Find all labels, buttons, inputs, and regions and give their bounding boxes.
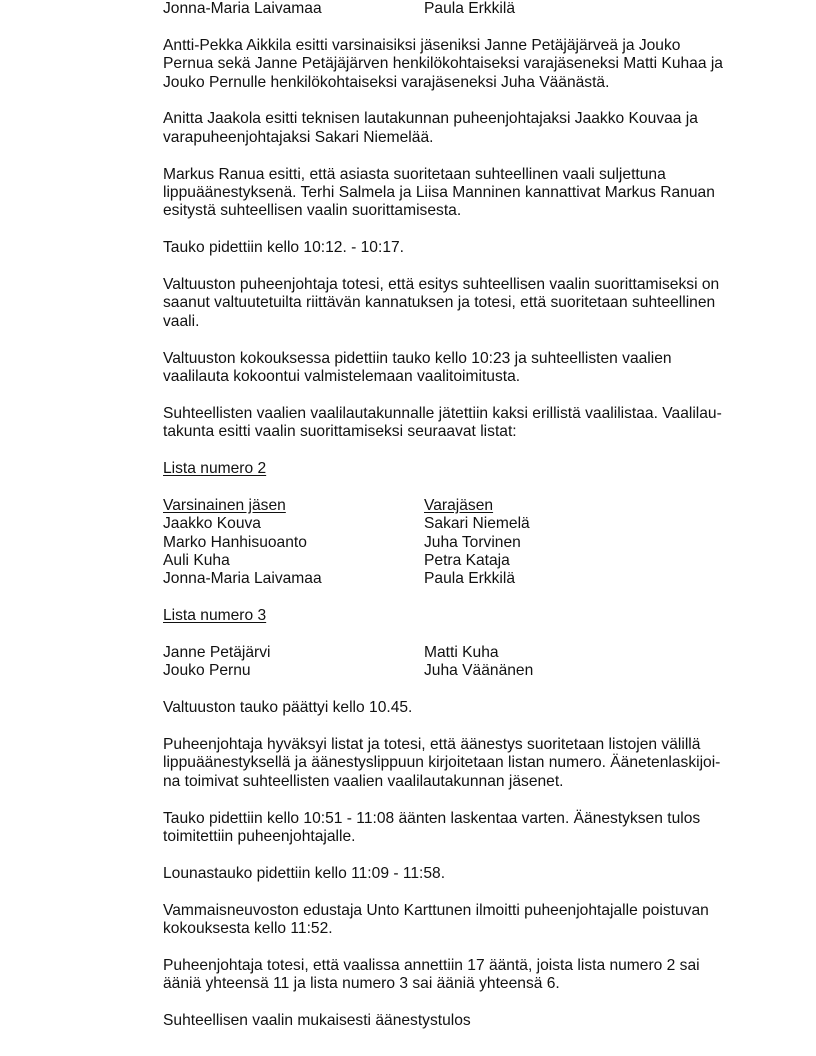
paragraph-voting-method: Puheenjohtaja hyväksyi listat ja totesi,… (163, 736, 753, 791)
paragraph-lists-submitted: Suhteellisten vaalien vaalilautakunnalle… (163, 405, 753, 442)
list-row: Auli Kuha Petra Kataja (163, 552, 753, 570)
paragraph-departure: Vammaisneuvoston edustaja Unto Karttunen… (163, 902, 753, 939)
deputy-name: Paula Erkkilä (424, 0, 753, 18)
paragraph-break-1: Tauko pidettiin kello 10:12. - 10:17. (163, 239, 753, 257)
deputy-name: Paula Erkkilä (424, 570, 753, 588)
document-page: Jonna-Maria Laivamaa Paula Erkkilä Antti… (163, 0, 753, 1030)
header-member: Varsinainen jäsen (163, 497, 286, 514)
member-name: Marko Hanhisuoanto (163, 534, 424, 552)
paragraph-chair-statement: Valtuuston puheenjohtaja totesi, että es… (163, 276, 753, 331)
paragraph-lunch-break: Lounastauko pidettiin kello 11:09 - 11:5… (163, 865, 753, 883)
deputy-name: Juha Torvinen (424, 534, 753, 552)
list-row: Jouko Pernu Juha Väänänen (163, 662, 753, 680)
list-row: Jonna-Maria Laivamaa Paula Erkkilä (163, 570, 753, 588)
list-3: Lista numero 3 Janne Petäjärvi Matti Kuh… (163, 607, 753, 681)
paragraph-counting-break: Tauko pidettiin kello 10:51 - 11:08 äänt… (163, 810, 753, 847)
deputy-name: Juha Väänänen (424, 662, 753, 680)
paragraph-proposal-ranua: Markus Ranua esitti, että asiasta suorit… (163, 166, 753, 221)
member-name: Jouko Pernu (163, 662, 424, 680)
member-name: Auli Kuha (163, 552, 424, 570)
member-name: Jaakko Kouva (163, 515, 424, 533)
paragraph-proposal-aikkila: Antti-Pekka Aikkila esitti varsinaisiksi… (163, 37, 753, 92)
paragraph-result-heading: Suhteellisen vaalin mukaisesti äänestyst… (163, 1012, 753, 1030)
paragraph-vote-result: Puheenjohtaja totesi, että vaalissa anne… (163, 957, 753, 994)
paragraph-break-ended: Valtuuston tauko päättyi kello 10.45. (163, 699, 753, 717)
list-row: Marko Hanhisuoanto Juha Torvinen (163, 534, 753, 552)
header-deputy: Varajäsen (424, 497, 493, 514)
deputy-name: Petra Kataja (424, 552, 753, 570)
paragraph-break-2: Valtuuston kokouksessa pidettiin tauko k… (163, 350, 753, 387)
list-2-title: Lista numero 2 (163, 460, 266, 478)
member-name: Jonna-Maria Laivamaa (163, 570, 424, 588)
list-row: Jaakko Kouva Sakari Niemelä (163, 515, 753, 533)
carryover-row: Jonna-Maria Laivamaa Paula Erkkilä (163, 0, 753, 18)
list-2-header: Varsinainen jäsen Varajäsen (163, 497, 753, 515)
paragraph-proposal-jaakola: Anitta Jaakola esitti teknisen lautakunn… (163, 110, 753, 147)
deputy-name: Matti Kuha (424, 644, 753, 662)
list-row: Janne Petäjärvi Matti Kuha (163, 644, 753, 662)
member-name: Janne Petäjärvi (163, 644, 424, 662)
list-2: Lista numero 2 Varsinainen jäsen Varajäs… (163, 460, 753, 589)
deputy-name: Sakari Niemelä (424, 515, 753, 533)
list-3-title: Lista numero 3 (163, 607, 266, 625)
member-name: Jonna-Maria Laivamaa (163, 0, 424, 18)
